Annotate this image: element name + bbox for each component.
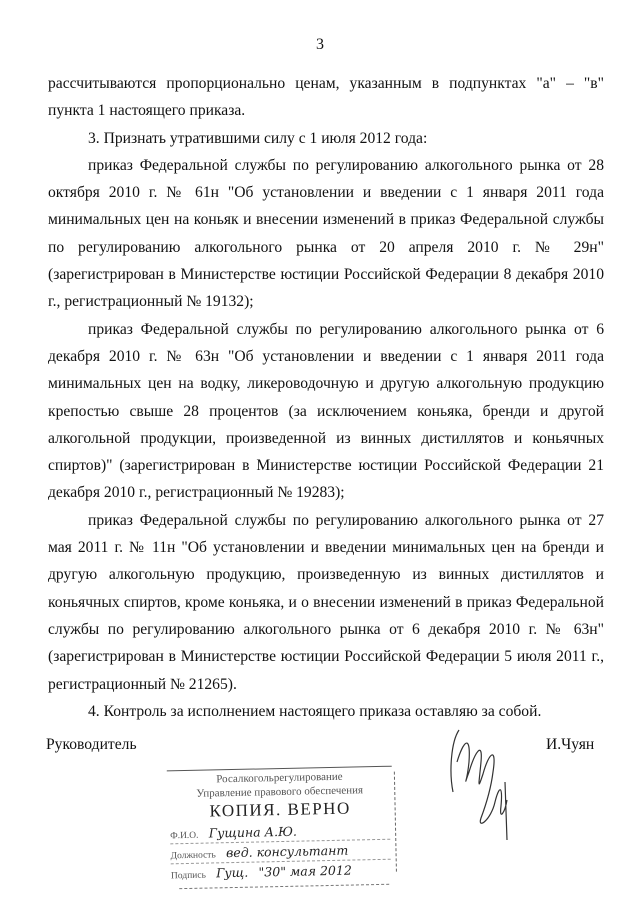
stamp-sign-label: Подпись (171, 871, 206, 882)
copy-certified-stamp: Росалкогольрегулирование Управление прав… (167, 766, 397, 891)
stamp-position-row: Должность вед. консультант (170, 842, 390, 865)
stamp-heading: КОПИЯ. ВЕРНО (167, 798, 392, 823)
stamp-date-value: "30" мая 2012 (258, 863, 352, 880)
handwritten-signature-icon (447, 722, 527, 847)
paragraph-item-3: 3. Признать утратившими силу с 1 июля 20… (48, 125, 604, 152)
stamp-position-label: Должность (170, 850, 215, 861)
paragraph-order-61n: приказ Федеральной службы по регулирован… (48, 152, 604, 316)
stamp-fio-label: Ф.И.О. (170, 831, 199, 842)
paragraph-continuation: рассчитываются пропорционально ценам, ук… (48, 70, 604, 125)
paragraph-order-11n: приказ Федеральной службы по регулирован… (48, 507, 604, 698)
stamp-border-bottom (179, 884, 389, 889)
stamp-sign-row: Подпись Гущ. "30" мая 2012 (171, 862, 391, 884)
stamp-fio-value: Гущина А.Ю. (209, 824, 297, 841)
signatory-title: Руководитель (46, 736, 137, 754)
stamp-border-right (394, 772, 397, 872)
document-body: рассчитываются пропорционально ценам, ук… (48, 70, 604, 725)
page-number: 3 (0, 36, 640, 54)
stamp-sign-value: Гущ. (216, 865, 248, 881)
paragraph-order-63n: приказ Федеральной службы по регулирован… (48, 316, 604, 507)
stamp-position-value: вед. консультант (226, 843, 348, 861)
stamp-fio-row: Ф.И.О. Гущина А.Ю. (170, 822, 390, 845)
signatory-name: И.Чуян (546, 736, 594, 754)
